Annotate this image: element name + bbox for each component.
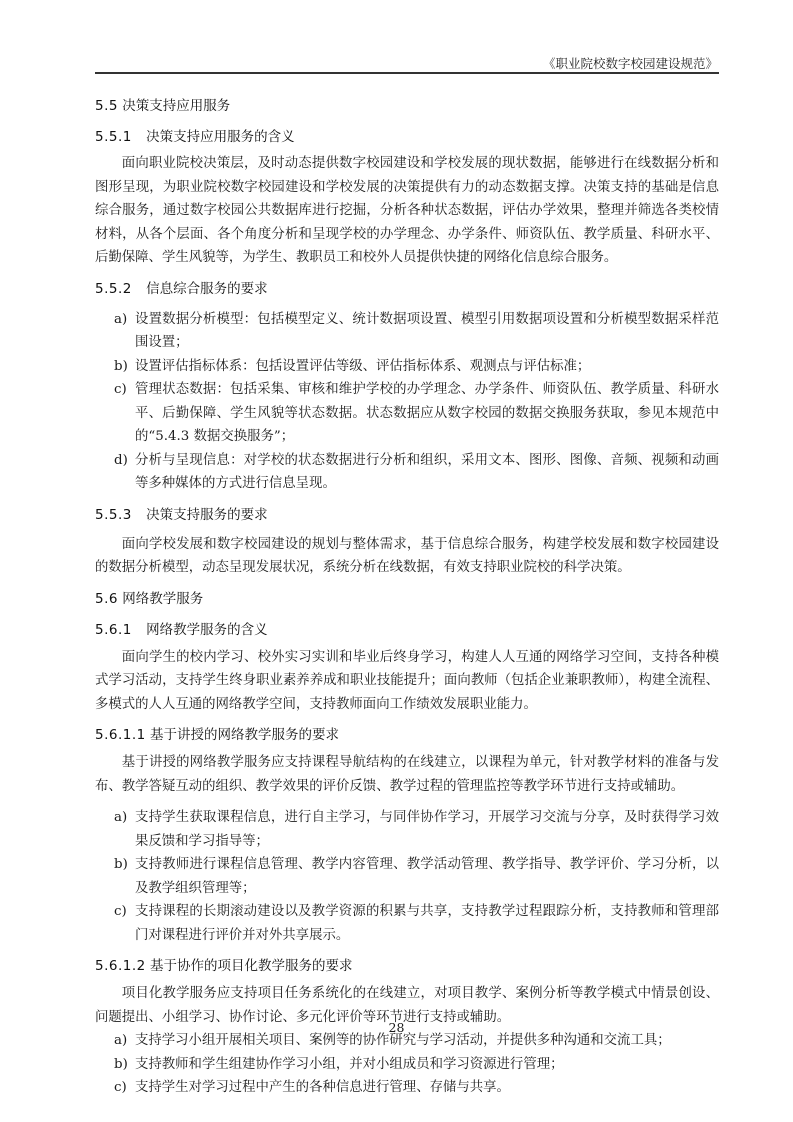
section-number: 5.6.1: [95, 622, 132, 638]
list-item: b)支持教师和学生组建协作学习小组，并对小组成员和学习资源进行管理；: [95, 1053, 719, 1077]
list-item-text: 支持学生对学习过程中产生的各种信息进行管理、存储与共享。: [135, 1080, 510, 1095]
section-number: 5.5.2: [95, 281, 132, 297]
list-item: b)支持教师进行课程信息管理、教学内容管理、教学活动管理、教学指导、教学评价、学…: [95, 853, 719, 900]
heading-5-6-1-2: 5.6.1.2 基于协作的项目化教学服务的要求: [95, 956, 719, 976]
list-5-5-2: a)设置数据分析模型：包括模型定义、统计数据项设置、模型引用数据项设置和分析模型…: [95, 308, 719, 496]
section-number: 5.5.3: [95, 507, 132, 523]
list-marker: b): [114, 355, 128, 379]
list-item-text: 支持教师和学生组建协作学习小组，并对小组成员和学习资源进行管理；: [135, 1057, 564, 1072]
section-title: 网络教学服务的含义: [146, 622, 268, 638]
list-item-text: 设置数据分析模型：包括模型定义、统计数据项设置、模型引用数据项设置和分析模型数据…: [135, 312, 719, 351]
section-number: 5.5.1: [95, 129, 132, 145]
section-number: 5.6: [95, 591, 118, 607]
document-page: 《职业院校数字校园建设规范》 5.5 决策支持应用服务 5.5.1 决策支持应用…: [0, 0, 793, 1122]
list-item-text: 支持教师进行课程信息管理、教学内容管理、教学活动管理、教学指导、教学评价、学习分…: [135, 857, 719, 896]
paragraph-5-5-1: 面向职业院校决策层，及时动态提供数字校园建设和学校发展的现状数据，能够进行在线数…: [95, 152, 719, 270]
list-item: a)支持学生获取课程信息，进行自主学习，与同伴协作学习，开展学习交流与分享，及时…: [95, 806, 719, 853]
heading-5-6-1-1: 5.6.1.1 基于讲授的网络教学服务的要求: [95, 725, 719, 745]
list-item-text: 支持课程的长期滚动建设以及教学资源的积累与共享，支持教学过程跟踪分析，支持教师和…: [135, 904, 719, 943]
heading-5-5: 5.5 决策支持应用服务: [95, 96, 719, 116]
paragraph-5-6-1: 面向学生的校内学习、校外实习实训和毕业后终身学习，构建人人互通的网络学习空间，支…: [95, 646, 719, 717]
section-number: 5.5: [95, 98, 118, 114]
list-marker: c): [114, 900, 127, 924]
list-item: c)支持学生对学习过程中产生的各种信息进行管理、存储与共享。: [95, 1076, 719, 1100]
page-content: 5.5 决策支持应用服务 5.5.1 决策支持应用服务的含义 面向职业院校决策层…: [95, 90, 719, 1100]
list-marker: b): [114, 853, 128, 877]
heading-5-5-1: 5.5.1 决策支持应用服务的含义: [95, 127, 719, 147]
list-item: c)支持课程的长期滚动建设以及教学资源的积累与共享，支持教学过程跟踪分析，支持教…: [95, 900, 719, 947]
section-number: 5.6.1.1: [95, 727, 146, 743]
list-item-text: 设置评估指标体系：包括设置评估等级、评估指标体系、观测点与评估标准；: [135, 359, 590, 374]
list-item: a)设置数据分析模型：包括模型定义、统计数据项设置、模型引用数据项设置和分析模型…: [95, 308, 719, 355]
list-5-6-1-2: a)支持学习小组开展相关项目、案例等的协作研究与学习活动，并提供多种沟通和交流工…: [95, 1029, 719, 1100]
heading-5-5-3: 5.5.3 决策支持服务的要求: [95, 505, 719, 525]
paragraph-5-6-1-1: 基于讲授的网络教学服务应支持课程导航结构的在线建立，以课程为单元，针对教学材料的…: [95, 751, 719, 798]
list-marker: a): [114, 308, 127, 332]
list-item: c)管理状态数据：包括采集、审核和维护学校的办学理念、办学条件、师资队伍、教学质…: [95, 378, 719, 449]
list-item-text: 分析与呈现信息：对学校的状态数据进行分析和组织，采用文本、图形、图像、音频、视频…: [135, 453, 719, 492]
paragraph-5-5-3: 面向学校发展和数字校园建设的规划与整体需求，基于信息综合服务，构建学校发展和数字…: [95, 533, 719, 580]
list-marker: c): [114, 1076, 127, 1100]
heading-5-5-2: 5.5.2 信息综合服务的要求: [95, 279, 719, 299]
header-rule: [95, 72, 719, 74]
list-marker: a): [114, 806, 127, 830]
heading-5-6-1: 5.6.1 网络教学服务的含义: [95, 620, 719, 640]
section-title: 信息综合服务的要求: [146, 281, 268, 297]
section-number: 5.6.1.2: [95, 958, 146, 974]
list-marker: b): [114, 1053, 128, 1077]
list-item-text: 支持学习小组开展相关项目、案例等的协作研究与学习活动，并提供多种沟通和交流工具；: [135, 1033, 671, 1048]
list-5-6-1-1: a)支持学生获取课程信息，进行自主学习，与同伴协作学习，开展学习交流与分享，及时…: [95, 806, 719, 947]
section-title: 决策支持服务的要求: [146, 507, 268, 523]
list-item: b)设置评估指标体系：包括设置评估等级、评估指标体系、观测点与评估标准；: [95, 355, 719, 379]
heading-5-6: 5.6 网络教学服务: [95, 589, 719, 609]
list-marker: c): [114, 378, 127, 402]
page-number: 28: [0, 1020, 793, 1035]
running-head: 《职业院校数字校园建设规范》: [543, 54, 718, 72]
list-item: d)分析与呈现信息：对学校的状态数据进行分析和组织，采用文本、图形、图像、音频、…: [95, 449, 719, 496]
list-marker: d): [114, 449, 128, 473]
section-title: 基于协作的项目化教学服务的要求: [150, 958, 353, 974]
section-title: 决策支持应用服务: [122, 98, 230, 114]
list-item-text: 管理状态数据：包括采集、审核和维护学校的办学理念、办学条件、师资队伍、教学质量、…: [135, 382, 719, 444]
section-title: 基于讲授的网络教学服务的要求: [150, 727, 339, 743]
section-title: 决策支持应用服务的含义: [146, 129, 295, 145]
list-item-text: 支持学生获取课程信息，进行自主学习，与同伴协作学习，开展学习交流与分享，及时获得…: [135, 810, 719, 849]
section-title: 网络教学服务: [122, 591, 203, 607]
